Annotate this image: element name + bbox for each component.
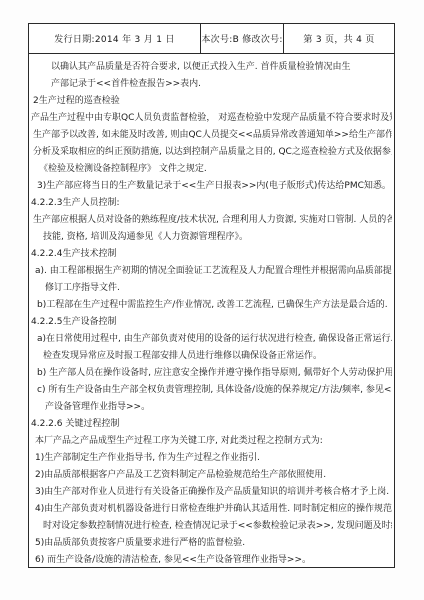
document-text-line: 4)由生产部负责对机机器设备进行日常检查维护并确认其适用性. 同时制定相应的操作…	[31, 501, 392, 518]
document-text-line: 生产部应根据人员对设备的熟练程度/技术状况, 合理利用人力资源, 实施对口管制.…	[31, 212, 392, 229]
page-number-cell: 第 3 页，共 4 页	[284, 24, 394, 53]
document-text-line: 2生产过程的巡查检验	[31, 93, 392, 110]
document-text-line: 6) 而生产设备/设施的清洁检查, 参见<<生产设备管理作业指导>>。	[31, 552, 392, 569]
document-text-line: 本厂产品之产品成型生产过程工序为关键工序, 对此类过程之控制方式为:	[31, 433, 392, 450]
document-text-line: 修订工序指导文件.	[31, 280, 392, 297]
scanned-document-page: 发行日期:2014 年 3 月 1 日 版本次号:B 修改次号: 0 第 3 页…	[0, 0, 424, 600]
document-text-line: 时对设定参数控制情况进行检查, 检查情况记录于<<参数检验记录表>>, 发现问题…	[31, 518, 392, 535]
document-text-line: a)在日常使用过程中, 由生产部负责对使用的设备的运行状况进行检查, 确保设备正…	[31, 331, 392, 348]
document-text-line: 4.2.2.6 关键过程控制	[31, 416, 392, 433]
document-text-line: c) 所有生产设备由生产部全权负责管理控制, 具体设备/设施的保养规定/方法/频…	[31, 382, 392, 399]
document-text-line: 2)由品质部根据客户产品及工艺资料制定产品检验规范给生产部依照使用.	[31, 467, 392, 484]
document-text-line: 3)生产部应将当日的生产数量记录于<<生产日报表>>内(电子版形式)传达给PMC…	[31, 178, 392, 195]
document-text-line: 5)由品质部负责按客户质量要求进行严格的监督检验.	[31, 535, 392, 552]
document-text-line: 《检验及检测设备控制程序》 文件之规定.	[31, 161, 392, 178]
document-text-line: 4.2.2.5生产设备控制	[31, 314, 392, 331]
document-text-line: 检查发现异常应及时报工程部安排人员进行维修以确保设备正常运作。	[31, 348, 392, 365]
document-text-line: 生产部予以改善, 如未能及时改善, 则由QC人员提交<<品质异常改善通知单>>给…	[31, 127, 392, 144]
document-text-line: 4.2.2.4生产技术控制	[31, 246, 392, 263]
document-text-line: b) 生产部人员在操作设备时, 应注意安全操作并遵守操作指导原则, 佩带好个人劳…	[31, 365, 392, 382]
document-text-line: 技能, 资格, 培训及沟通参见《人力资源管理程序》。	[31, 229, 392, 246]
document-text-line: 1)生产部制定生产作业指导书, 作为生产过程之作业指引.	[31, 450, 392, 467]
document-text-line: a). 由工程部根据生产初期的情况全面验证工艺流程及人力配置合理性并根据需向品质…	[31, 263, 392, 280]
document-text-line: 产品生产过程中由专职QC人员负责监督检验， 对巡查检验中发现产品质量不符合要求时…	[31, 110, 392, 127]
document-text-line: 产部记录于<<首件检查报告>>表内.	[31, 76, 392, 93]
document-text-line: 以确认其产品质量是否符合要求, 以便正式投入生产. 首件质量检验情况由生	[31, 59, 392, 76]
document-text-line: 分析及采取相应的纠正预防措施, 以达到控制产品质量之目的, QC之巡查检验方式及…	[31, 144, 392, 161]
document-text-line: 产设备管理作业指导>>。	[31, 399, 392, 416]
document-header-table: 发行日期:2014 年 3 月 1 日 版本次号:B 修改次号: 0 第 3 页…	[29, 24, 394, 54]
issue-date-cell: 发行日期:2014 年 3 月 1 日	[29, 24, 201, 53]
document-frame: 发行日期:2014 年 3 月 1 日 版本次号:B 修改次号: 0 第 3 页…	[28, 23, 395, 568]
document-text-line: b)工程部在生产过程中需监控生产/作业情况, 改善工艺流程, 已确保生产方法是最…	[31, 297, 392, 314]
document-text-line: 4.2.2.3生产人员控制:	[31, 195, 392, 212]
document-body: 以确认其产品质量是否符合要求, 以便正式投入生产. 首件质量检验情况由生产部记录…	[29, 54, 394, 569]
version-revision-cell: 版本次号:B 修改次号: 0	[201, 24, 284, 53]
document-text-line: 3)由生产部对作业人员进行有关设备正确操作及产品质量知识的培训并考核合格才予上岗…	[31, 484, 392, 501]
